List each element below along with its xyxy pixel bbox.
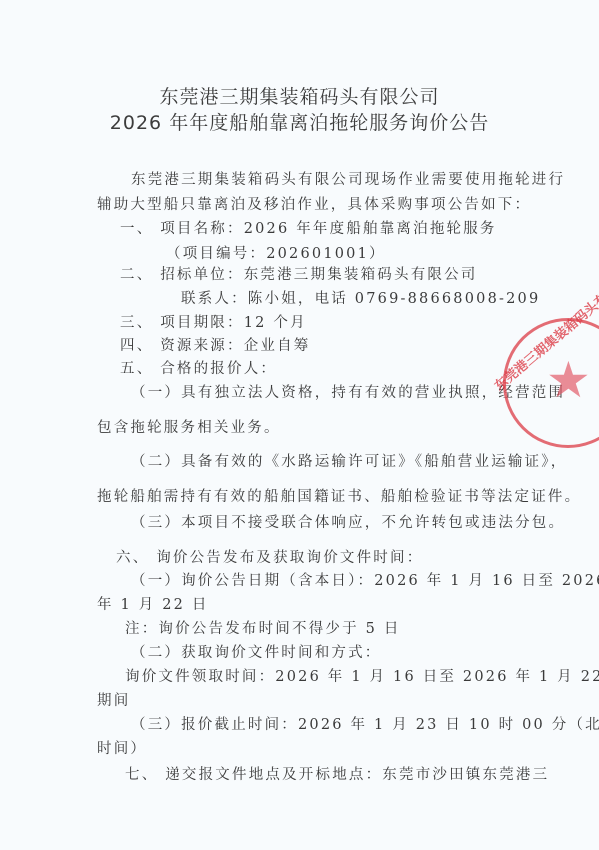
body-line: 四、 资源来源：企业自筹 [120, 334, 311, 355]
company-title: 东莞港三期集装箱码头有限公司 [0, 82, 599, 109]
notice-title: 2026 年年度船舶靠离泊拖轮服务询价公告 [0, 108, 599, 135]
body-line: 注：询价公告发布时间不得少于 5 日 [125, 617, 401, 638]
body-line: 时间） [97, 737, 147, 758]
body-line: 一、 项目名称：2026 年年度船舶靠离泊拖轮服务 [120, 217, 497, 238]
body-line: 询价文件领取时间：2026 年 1 月 16 日至 2026 年 1 月 22 … [125, 665, 599, 686]
body-line: 包含拖轮服务相关业务。 [97, 416, 281, 437]
body-line: （一）询价公告日期（含本日）：2026 年 1 月 16 日至 2026 [131, 569, 599, 590]
body-line: （二）具备有效的《水路运输许可证》《船舶营业运输证》， [131, 450, 567, 471]
body-line: 年 1 月 22 日 [97, 593, 209, 614]
body-line: （三）本项目不接受联合体响应，不允许转包或违法分包。 [131, 511, 565, 532]
body-line: （二）获取询价文件时间和方式： [131, 641, 382, 662]
company-seal: 东莞港三期集装箱码头有限公司 ★ [503, 318, 599, 448]
body-line: （三）报价截止时间：2026 年 1 月 23 日 10 时 00 分（北京 [131, 713, 599, 734]
body-line: 辅助大型船只靠离泊及移泊作业，具体采购事项公告如下： [97, 193, 531, 214]
body-line: （项目编号：202601001） [166, 242, 386, 263]
body-line: 联系人：陈小姐，电话 0769-88668008-209 [181, 287, 540, 308]
body-line: 东莞港三期集装箱码头有限公司现场作业需要使用拖轮进行 [131, 168, 565, 189]
body-line: 期间 [97, 689, 130, 710]
document-page: 东莞港三期集装箱码头有限公司 2026 年年度船舶靠离泊拖轮服务询价公告 东莞港… [0, 0, 599, 850]
star-icon: ★ [546, 355, 591, 405]
body-line: 拖轮船舶需持有有效的船舶国籍证书、船舶检验证书等法定证件。 [97, 485, 581, 506]
body-line: 五、 合格的报价人： [120, 357, 277, 378]
body-line: 七、 递交报文件地点及开标地点：东莞市沙田镇东莞港三 [125, 763, 549, 784]
body-line: 三、 项目期限：12 个月 [120, 311, 307, 332]
body-line: 六、 询价公告发布及获取询价文件时间： [116, 546, 423, 567]
body-line: 二、 招标单位：东莞港三期集装箱码头有限公司 [120, 263, 478, 284]
